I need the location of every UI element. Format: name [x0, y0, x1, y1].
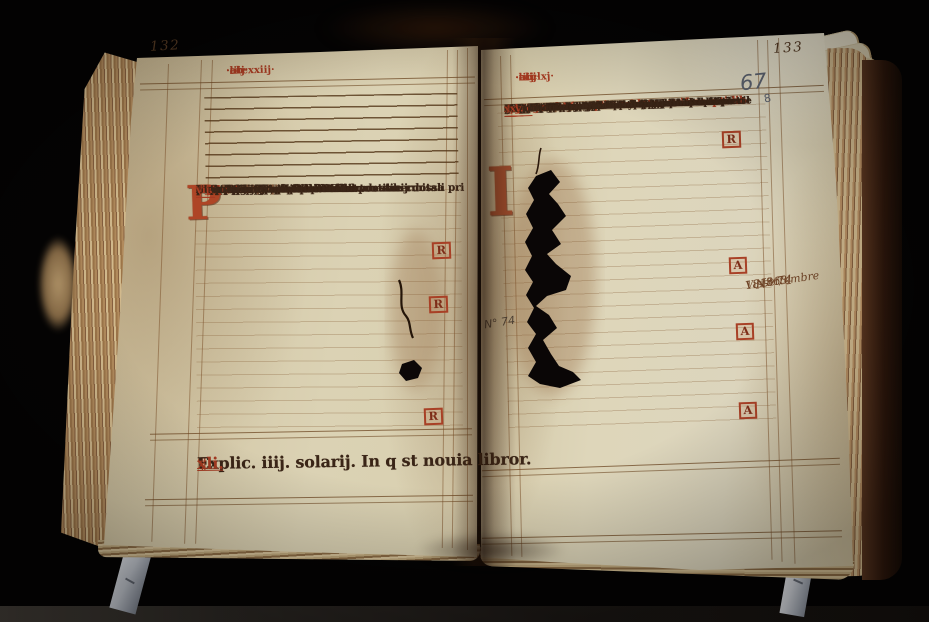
parchment-hole-small: [399, 360, 422, 381]
parchment-crack: [399, 280, 413, 338]
parchment-crack: [536, 148, 541, 174]
gutter-bottom-shadow: [416, 532, 566, 568]
manuscript-photograph: 132 133 ·iiij··lo··ab··cccxxiij· ·iiij··…: [0, 0, 929, 622]
parchment-hole: [525, 170, 581, 388]
gutter-shadow: [452, 38, 516, 566]
